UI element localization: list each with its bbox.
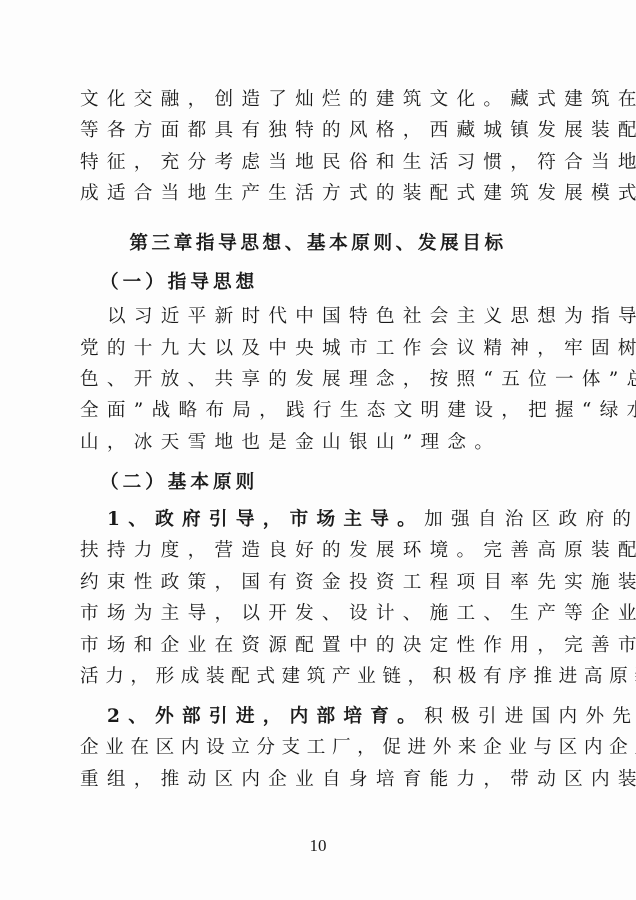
- principle1-line-4: 市场为主导，以开发、设计、施工、生产等企业为主体，充分发挥: [80, 601, 570, 627]
- principle1-first-line-rest: 加强自治区政府的规划引导和政策: [424, 509, 636, 530]
- principle1-line-6: 活力，形成装配式建筑产业链，积极有序推进高原装配式建筑发展。: [80, 664, 570, 690]
- section1-line-5: 山，冰天雪地也是金山银山”理念。: [80, 430, 570, 456]
- chapter-title: 第三章指导思想、基本原则、发展目标: [0, 231, 636, 257]
- section-heading-guiding-thought: （一）指导思想: [100, 270, 590, 296]
- section1-line-3: 色、开放、共享的发展理念，按照“五位一体”总体布局和“四个: [80, 367, 570, 393]
- intro-line-2: 等各方面都具有独特的风格，西藏城镇发展装配式建筑需结合地域: [80, 118, 570, 144]
- section1-line-2: 党的十九大以及中央城市工作会议精神，牢固树立创新、协调、绿: [80, 336, 570, 362]
- principle2-first-line-rest: 积极引进国内外先进的装配式建筑: [424, 706, 636, 727]
- principle1-line-3: 约束性政策，国有资金投资工程项目率先实施装配式建造。坚持以: [80, 570, 570, 596]
- section-heading-basic-principles: （二）基本原则: [100, 470, 590, 496]
- principle2-line-2: 企业在区内设立分支工厂，促进外来企业与区内企业的合作、联合、: [80, 735, 570, 761]
- document-page: 文化交融，创造了灿烂的建筑文化。藏式建筑在形体、颜色和装饰 等各方面都具有独特的…: [0, 0, 636, 900]
- principle1-line-1: 1、政府引导，市场主导。加强自治区政府的规划引导和政策: [107, 507, 597, 533]
- intro-line-1: 文化交融，创造了灿烂的建筑文化。藏式建筑在形体、颜色和装饰: [80, 87, 570, 113]
- principle2-bold-lead: 2、外部引进，内部培育。: [107, 706, 424, 727]
- page-number: 10: [0, 836, 636, 856]
- principle1-bold-lead: 1、政府引导，市场主导。: [107, 509, 424, 530]
- principle2-line-3: 重组，推动区内企业自身培育能力，带动区内装配式建筑整体水平: [80, 767, 570, 793]
- section1-line-1: 以习近平新时代中国特色社会主义思想为指导，全面贯彻落实: [107, 304, 597, 330]
- intro-line-3: 特征，充分考虑当地民俗和生活习惯，符合当地藏式风格特色，形: [80, 150, 570, 176]
- principle1-line-5: 市场和企业在资源配置中的决定性作用，完善市场机制，激发市场: [80, 633, 570, 659]
- section1-line-4: 全面”战略布局，践行生态文明建设，把握“绿水青山就是金山银: [80, 398, 570, 424]
- principle2-line-1: 2、外部引进，内部培育。积极引进国内外先进的装配式建筑: [107, 704, 597, 730]
- principle1-line-2: 扶持力度，营造良好的发展环境。完善高原装配式建筑发展激励和: [80, 538, 570, 564]
- intro-line-4: 成适合当地生产生活方式的装配式建筑发展模式。: [80, 181, 570, 207]
